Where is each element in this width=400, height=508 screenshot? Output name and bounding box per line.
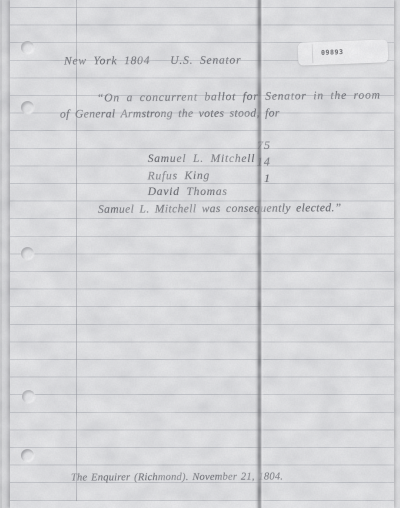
page-bottom-edge xyxy=(10,501,394,508)
binder-hole-3 xyxy=(21,247,34,260)
margin-line xyxy=(76,0,77,508)
scanner-bed-left xyxy=(0,0,10,508)
quote-line-2: of General Armstrong the votes stood, fo… xyxy=(60,106,280,121)
binder-hole-5 xyxy=(21,449,34,462)
vote-name: David Thomas xyxy=(148,186,228,198)
ruled-lines xyxy=(10,7,394,505)
quote-line-1: “On a concurrent ballot for Senator in t… xyxy=(97,89,381,106)
scanner-bed-right xyxy=(394,0,400,508)
citation-line: The Enquirer (Richmond). November 21, 18… xyxy=(71,470,283,485)
label-number: 09893 xyxy=(321,48,344,57)
label-fold-line xyxy=(312,44,314,63)
fold-crease xyxy=(255,0,264,508)
document-scan: 09893 New York 1804 U.S. Senator “On a c… xyxy=(0,0,400,508)
binder-hole-2 xyxy=(21,101,34,114)
heading-line: New York 1804 U.S. Senator xyxy=(64,54,241,69)
conclusion-line: Samuel L. Mitchell was consequently elec… xyxy=(98,201,342,217)
binder-hole-4 xyxy=(22,390,35,403)
catalog-label: 09893 xyxy=(298,39,389,65)
binder-hole-1 xyxy=(21,41,34,54)
